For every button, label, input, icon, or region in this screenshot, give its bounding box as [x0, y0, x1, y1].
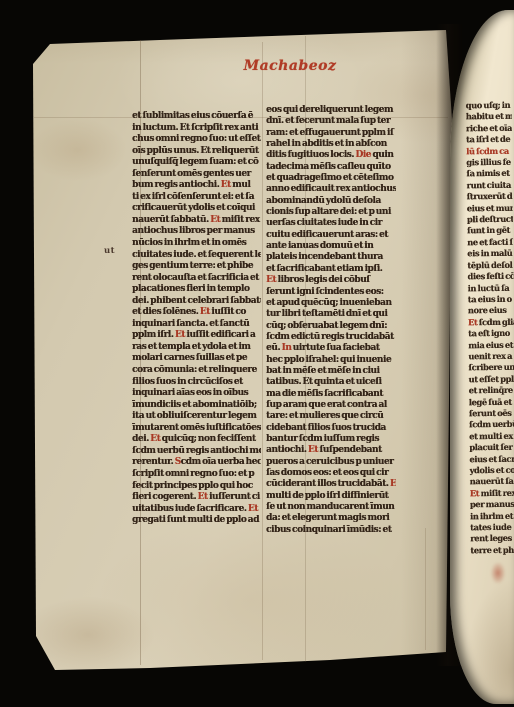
text-line: ſcdm uerbū regis antiochi mo — [132, 446, 261, 458]
text-line: ita ut obliuiſcerentur legem — [132, 411, 261, 423]
text-line: inquinari ſancta. et ſanctū — [132, 319, 261, 331]
text-line: ges gentium terre: et phibe — [132, 261, 261, 273]
text-line: eius et ſacri — [469, 453, 514, 465]
text-line: cūciderant illos trucidabāt. Et — [266, 479, 396, 490]
text-line: cibus coinquinari īmūdis: et — [266, 525, 396, 536]
text-line: īmutarent omēs iuſtificatōes — [132, 423, 261, 435]
text-line: ydolis et co — [469, 465, 514, 477]
manuscript-photo: Machabeoz ut et ſublimitas eius cōuerſa … — [0, 0, 514, 707]
ruling-line-vertical-center — [262, 42, 263, 660]
text-line: ſcdm uerbū — [469, 419, 514, 431]
next-page-edge: quo uſq; inhabitu et mūriche et oīata iſ… — [450, 10, 514, 704]
text-column-left: et ſublimitas eius cōuerſa ēin luctum. E… — [132, 111, 261, 531]
text-line: uenit rex a — [468, 351, 514, 363]
text-line: ut eſſet ppl — [468, 374, 514, 386]
text-line: dei. Et quicūq; non feciſſent — [132, 434, 261, 446]
text-line: hec pplo iſrahel: qui inuenie — [266, 355, 396, 366]
text-line: ditis fugitiuos locis. Die quin — [266, 150, 396, 161]
text-line: anno edificauit rex antiochus — [266, 184, 396, 195]
text-line: pplm iſrl. Et iuſſit edificari a — [132, 330, 261, 342]
text-line: ta eſt igno — [468, 328, 514, 340]
text-line: rent leges — [470, 533, 514, 545]
text-line: fecit principes pplo qui hoc — [132, 481, 261, 493]
text-line: uerſas ciuitates iude in cir — [266, 218, 396, 229]
text-line: in luctū ſa — [468, 282, 514, 294]
text-line: ram: et effugauerunt pplm iſ — [266, 128, 396, 139]
text-line: per manus — [470, 499, 514, 511]
text-line: ſcribere un — [468, 362, 514, 374]
text-line: Et libros legis dei cōbuſ — [266, 275, 396, 286]
text-line: habitu et mū — [466, 111, 512, 123]
text-line: ne et facti ſ — [467, 237, 513, 249]
text-line: gis illius fe — [466, 157, 512, 169]
text-line: in ihrlm et — [470, 510, 514, 522]
text-line: eos qui dereliquerunt legem — [266, 105, 396, 116]
text-line: īmundiciis et abominatiōib; — [132, 400, 261, 412]
text-line: rahel in abditis et in abſcon — [266, 139, 396, 150]
text-line: runt ciuita — [466, 180, 512, 192]
text-line: ſenſerunt omēs gentes uer — [132, 169, 261, 181]
text-line: ſas domos eos: et eos qui cir — [266, 468, 396, 479]
marginal-note: ut — [104, 246, 115, 256]
text-line: bantur ſcdm iuſſum regis — [266, 434, 396, 445]
text-line: ſerunt igni ſcindentes eos: — [266, 287, 396, 298]
text-line: ti ex iſrl cōſenſerunt ei: et ſa — [132, 192, 261, 204]
running-title: Machabeoz — [233, 58, 347, 74]
text-line: et multi ex — [469, 431, 514, 443]
next-page-text: quo uſq; inhabitu et mūriche et oīata iſ… — [466, 100, 514, 558]
text-line: rent olocauſta et ſacrificia et — [132, 273, 261, 285]
text-line: unuſquiſq̄ legem ſuam: et cō — [132, 157, 261, 169]
text-line: ſcripſit omni regno ſuo: et p — [132, 469, 261, 481]
text-line: ſtruxerūt d — [467, 191, 513, 203]
red-stain — [488, 558, 508, 588]
text-line: nauerūt ſabbatū. Et miſit rex — [132, 215, 261, 227]
text-line: filios ſuos in circūciſos et — [132, 377, 261, 389]
text-line: et quadrageſimo et cēteſimo — [266, 173, 396, 184]
text-line: cora cōmunia: et relinquere — [132, 365, 261, 377]
text-line: crificauerūt ydolis et coīqui — [132, 203, 261, 215]
text-line: tadecima mēſis caſleu quīto — [266, 162, 396, 173]
text-line: tēplū deſol — [467, 259, 513, 271]
text-line: ta iſrl et de — [466, 134, 512, 146]
text-line: ras et templa et ydola et im — [132, 342, 261, 354]
text-line: lū ſcdm ca — [466, 145, 512, 157]
text-line: ſunt in gēt — [467, 225, 513, 237]
text-line: tates iude — [470, 522, 514, 534]
text-line: Et ſcdm glia — [468, 316, 514, 328]
text-line: placuit ſer — [469, 442, 514, 454]
text-line: da: et elegerunt magis mori — [266, 513, 396, 524]
text-line: chus omni regno ſuo: ut eſſet — [132, 134, 261, 146]
text-line: cionis ſup altare dei: et p uni — [266, 207, 396, 218]
text-line: tare: et mulieres que circū — [266, 411, 396, 422]
text-line: Et miſit rex — [470, 488, 514, 500]
ruling-line-vertical-right — [425, 528, 426, 650]
text-column-right: eos qui dereliquerunt legemdnī. et fecer… — [266, 105, 396, 539]
text-line: nūcios in ihrlm et in omēs — [132, 238, 261, 250]
text-line: in luctum. Et ſcripſit rex anti — [132, 123, 261, 135]
text-line: ſerunt oēs — [469, 408, 514, 420]
text-line: multi de pplo iſrl diffinierūt — [266, 491, 396, 502]
text-line: ma die mēſis ſacrificabant — [266, 389, 396, 400]
text-line: placationes fieri in templo — [132, 284, 261, 296]
text-line: et dies ſolēnes. Et iuſſit co — [132, 307, 261, 319]
text-line: quo uſq; in — [466, 100, 512, 112]
text-line: bat in mēſe et mēſe in ciui — [266, 366, 396, 377]
text-line: nore eius — [468, 305, 514, 317]
text-line: cuitu edificauerunt aras: et — [266, 230, 396, 241]
text-line: dies feſti cō — [467, 271, 513, 283]
text-line: antiochi. Et ſuſpendebant — [266, 445, 396, 456]
text-line: ſe ut non manducarent īmun — [266, 502, 396, 513]
text-line: terre et phi — [470, 545, 514, 557]
text-line: nauerūt ſa — [470, 476, 514, 488]
text-line: ciuitates iude. et ſequerent le — [132, 250, 261, 262]
text-line: bum regis antiochi. Et mul — [132, 180, 261, 192]
text-line: ſcdm edictū regis trucidabāt — [266, 332, 396, 343]
text-line: fieri cogerent. Et iuſſerunt ci — [132, 492, 261, 504]
text-line: ante ianuas domuū et in — [266, 241, 396, 252]
text-line: eis in malū — [467, 248, 513, 260]
text-line: dei. phibent celebrari ſabbatū — [132, 296, 261, 308]
text-line: inquinari aīas eos in oībus — [132, 388, 261, 400]
text-line: et ſacrificabant etiam ipſi. — [266, 264, 396, 275]
text-line: legē ſuā et — [469, 396, 514, 408]
text-line: ta eius in o — [468, 294, 514, 306]
text-line: uitatibus iude ſacrificare. Et — [132, 504, 261, 516]
text-line: et apud quēcūq; inuenieban — [266, 298, 396, 309]
text-line: oīs pplūs unus. Et reliquerūt — [132, 146, 261, 158]
text-line: pueros a ceruicibus p uniuer — [266, 457, 396, 468]
text-line: gregati ſunt multi de pplo ad — [132, 515, 261, 527]
text-line: tur libri teſtamēti dnī et qui — [266, 309, 396, 320]
text-line: eū. In uirtute ſua faciebat — [266, 343, 396, 354]
text-line: tatibus. Et quinta et uiceſi — [266, 377, 396, 388]
text-line: et ſublimitas eius cōuerſa ē — [132, 111, 261, 123]
text-line: abominandū ydolū deſola — [266, 196, 396, 207]
text-line: eius et mur — [467, 202, 513, 214]
text-line: antiochus libros per manus — [132, 226, 261, 238]
text-line: et relinq̄re — [469, 385, 514, 397]
text-line: dnī. et fecerunt mala ſup ter — [266, 116, 396, 127]
text-line: ſup aram que erat contra al — [266, 400, 396, 411]
text-line: plateis incendebant thura — [266, 252, 396, 263]
text-line: mia eius et — [468, 339, 514, 351]
text-line: ſa nimis et — [466, 168, 512, 180]
text-line: pli deſtruct — [467, 214, 513, 226]
text-line: cidebant filios ſuos trucida — [266, 423, 396, 434]
text-line: molari carnes ſuillas et pe — [132, 353, 261, 365]
text-line: riche et oīa — [466, 123, 512, 135]
text-line: cūq; obſeruabat legem dnī: — [266, 321, 396, 332]
text-line: rerentur. Scdm oīa uerba hec — [132, 457, 261, 469]
